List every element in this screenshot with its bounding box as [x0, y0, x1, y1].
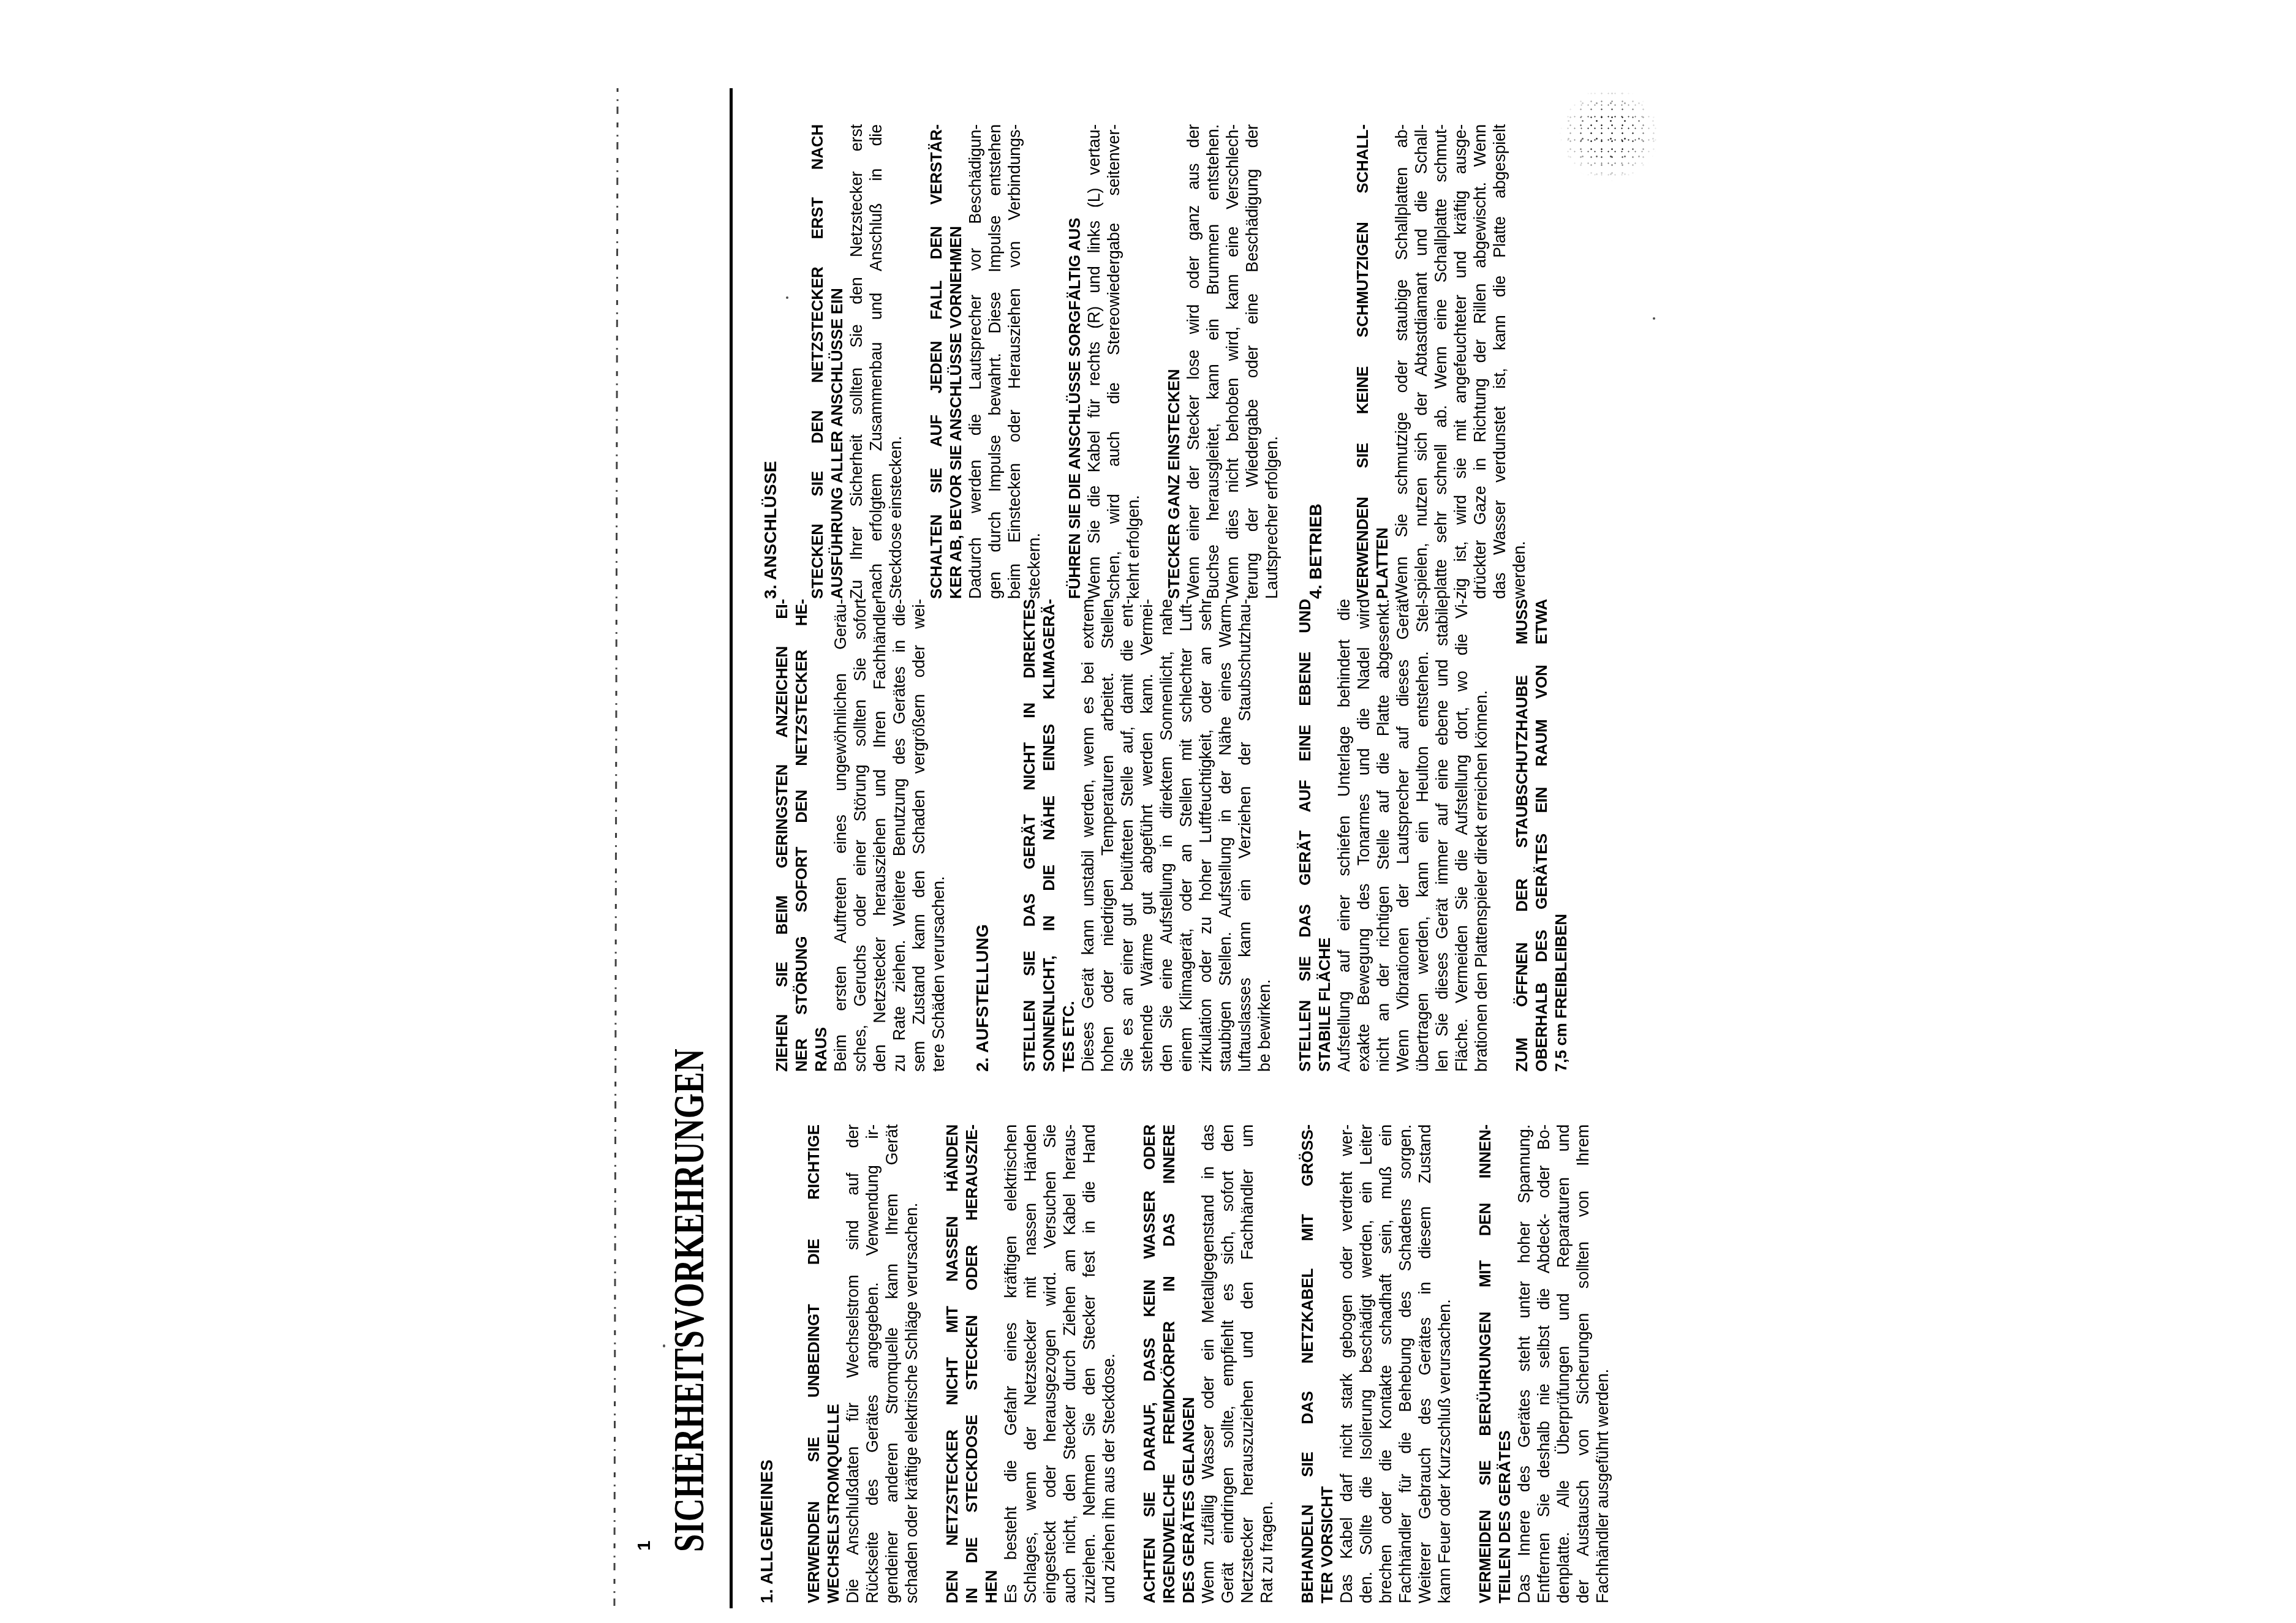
- text-line: WECHSELSTROMQUELLE: [823, 1124, 843, 1603]
- text-line: luftauslasses kann ein Verziehen der Sta…: [1235, 599, 1255, 1072]
- paragraph: Wenn Sie schmutzige oder staubige Schall…: [1392, 124, 1529, 599]
- text-line: übertragen werden, kann ein Heulton ents…: [1413, 599, 1432, 1072]
- text-line: STECKER GANZ EINSTECKEN: [1164, 124, 1184, 599]
- text-line: Dieses Gerät kann unstabil werden, wenn …: [1078, 599, 1098, 1072]
- scan-artifact-speck: [1653, 317, 1655, 320]
- text-line: be bewirken.: [1255, 599, 1274, 1072]
- text-line: STABILE FLÄCHE: [1315, 599, 1334, 1072]
- text-line: Sie es an einer gut belüfteten Stelle au…: [1117, 599, 1137, 1072]
- text-line: DEN NETZSTECKER NICHT MIT NASSEN HÄNDEN: [942, 1124, 962, 1603]
- paragraph: Es besteht die Gefahr eines kräftigen el…: [1001, 1124, 1119, 1603]
- text-line: 3. ANSCHLÜSSE: [761, 124, 780, 599]
- text-line: Wenn zufällig Wasser oder ein Metallgege…: [1198, 1124, 1218, 1603]
- text-line: 2. AUFSTELLUNG: [973, 599, 992, 1072]
- text-line: den Sie eine Aufstellung in direktem Son…: [1157, 599, 1176, 1072]
- text-line: Aufstellung auf einer schiefen Unterlage…: [1334, 599, 1354, 1072]
- text-line: gendeiner anderen Stromquelle kann Ihrem…: [882, 1124, 902, 1603]
- text-line: kann Feuer oder Kurzschluß verursachen.: [1435, 1124, 1454, 1603]
- text-line: Entfernen Sie deshalb nie selbst die Abd…: [1534, 1124, 1554, 1603]
- paragraph: Die Anschlußdaten für Wechselstrom sind …: [843, 1124, 921, 1603]
- text-line: Fachhändler ausgeführt werden.: [1593, 1124, 1612, 1603]
- text-line: Beim ersten Auftreten eines ungewöhnlich…: [831, 599, 850, 1072]
- column-2: ZIEHEN SIE BEIM GERINGSTEN ANZEICHEN EI-…: [751, 599, 1571, 1072]
- text-line: spielen, nutzen sich der Abtastdiamant u…: [1411, 124, 1431, 599]
- text-line: der Austausch von Sicherungen sollten vo…: [1573, 1124, 1593, 1603]
- text-line: Das Kabel darf nicht stark gebogen oder …: [1337, 1124, 1356, 1603]
- text-line: FÜHREN SIE DIE ANSCHLÜSSE SORGFÄLTIG AUS: [1065, 124, 1084, 599]
- text-line: DES GERÄTES GELANGEN: [1179, 1124, 1198, 1603]
- text-line: sches, Geruchs oder einer Störung sollte…: [850, 599, 870, 1072]
- text-line: terung der Wiedergabe oder eine Beschädi…: [1242, 124, 1262, 599]
- sub-heading: ACHTEN SIE DARAUF, DASS KEIN WASSER ODER…: [1139, 1124, 1198, 1603]
- text-line: VERMEIDEN SIE BERÜHRUNGEN MIT DEN INNEN-: [1475, 1124, 1495, 1603]
- text-line: steckern.: [1024, 124, 1044, 599]
- text-line: VERWENDEN SIE KEINE SCHMUTZIGEN SCHALL-: [1353, 124, 1372, 599]
- sub-heading: STECKER GANZ EINSTECKEN: [1164, 124, 1184, 599]
- text-line: TEILEN DES GERÄTES: [1495, 1124, 1514, 1603]
- text-line: IN DIE STECKDOSE STECKEN ODER HERAUSZIE-: [962, 1124, 981, 1603]
- paragraph: Wenn einer der Stecker lose wird oder ga…: [1184, 124, 1282, 599]
- section-heading: 1. ALLGEMEINES: [757, 1124, 777, 1603]
- text-line: KER AB, BEVOR SIE ANSCHLÜSSE VORNEHMEN: [946, 124, 965, 599]
- page-number: 1: [635, 1540, 654, 1551]
- sub-heading: STELLEN SIE DAS GERÄT AUF EINE EBENE UND…: [1295, 599, 1334, 1072]
- text-line: drückter Gaze in Richtung der Rillen abg…: [1470, 124, 1490, 599]
- scan-artifact-smudge: [1555, 84, 1676, 185]
- text-line: schen, wird auch die Stereowiedergabe se…: [1104, 124, 1123, 599]
- scan-artifact-speck: [672, 1467, 674, 1470]
- text-line: SCHALTEN SIE AUF JEDEN FALL DEN VERSTÄR-: [926, 124, 946, 599]
- text-line: 1. ALLGEMEINES: [757, 1124, 777, 1603]
- text-line: ACHTEN SIE DARAUF, DASS KEIN WASSER ODER: [1139, 1124, 1159, 1603]
- text-line: nicht an der richtigen Stelle auf die Pl…: [1373, 599, 1393, 1072]
- page-title: SICHERHEITSVORKEHRUNGEN: [668, 1049, 712, 1552]
- paragraph: Dadurch werden die Lautsprecher vor Besc…: [965, 124, 1044, 599]
- text-line: STELLEN SIE DAS GERÄT AUF EINE EBENE UND: [1295, 599, 1315, 1072]
- text-line: zirkulation oder zu hoher Luftfeuchtigke…: [1196, 599, 1215, 1072]
- sub-heading: BEHANDELN SIE DAS NETZKABEL MIT GRÖSS-TE…: [1297, 1124, 1337, 1603]
- section-heading: 3. ANSCHLÜSSE: [761, 124, 780, 599]
- text-line: Steckdose einstecken.: [886, 124, 905, 599]
- paragraph: Das Innere des Gerätes steht unter hoher…: [1514, 1124, 1612, 1603]
- text-line: Buchse herausgleitet, kann ein Brummen e…: [1203, 124, 1223, 599]
- text-line: einem Klimagerät, oder an Stellen mit sc…: [1176, 599, 1196, 1072]
- text-line: VERWENDEN SIE UNBEDINGT DIE RICHTIGE: [804, 1124, 823, 1603]
- scan-artifact-dashed-line: [613, 88, 618, 1606]
- text-line: nach erfolgtem Zusammenbau und Anschluß …: [866, 124, 886, 599]
- text-line: auch nicht, den Stecker durch Ziehen am …: [1060, 1124, 1079, 1603]
- section-heading: 4. BETRIEB: [1306, 124, 1326, 599]
- text-line: zu Rate ziehen. Weitere Benutzung des Ge…: [889, 599, 909, 1072]
- text-line: sem Zustand kann den Schaden vergrößern …: [909, 599, 929, 1072]
- text-line: gen durch Impulse bewahrt. Diese Impulse…: [985, 124, 1005, 599]
- column-3: 3. ANSCHLÜSSESTECKEN SIE DEN NETZSTECKER…: [761, 124, 1529, 599]
- text-line: Fläche. Vermeiden Sie die Aufstellung do…: [1452, 599, 1471, 1072]
- text-line: RAUS: [811, 599, 831, 1072]
- text-line: brechen oder die Kontakte schadhaft sein…: [1376, 1124, 1395, 1603]
- text-line: beim Einstecken oder Herausziehen von Ve…: [1005, 124, 1024, 599]
- text-line: STECKEN SIE DEN NETZSTECKER ERST NACH: [807, 124, 827, 599]
- sub-heading: ZIEHEN SIE BEIM GERINGSTEN ANZEICHEN EI-…: [772, 599, 831, 1072]
- text-line: Wenn Sie die Kabel für rechts (R) und li…: [1084, 124, 1104, 599]
- text-line: Fachhändler für die Behebung des Schaden…: [1395, 1124, 1415, 1603]
- text-line: Wenn dies nicht behoben wird, kann eine …: [1223, 124, 1242, 599]
- text-line: PLATTEN: [1372, 124, 1392, 599]
- text-line: 4. BETRIEB: [1306, 124, 1326, 599]
- paragraph: Beim ersten Auftreten eines ungewöhnlich…: [831, 599, 948, 1072]
- text-line: Rückseite des Gerätes angegeben. Verwend…: [863, 1124, 882, 1603]
- scan-artifact-speck: [663, 1344, 665, 1347]
- text-line: eingesteckt oder herausgezogen wird. Ver…: [1040, 1124, 1060, 1603]
- text-line: Die Anschlußdaten für Wechselstrom sind …: [843, 1124, 863, 1603]
- text-line: TES ETC.: [1059, 599, 1078, 1072]
- scan-artifact-speck: [786, 296, 788, 299]
- text-line: Wenn Sie schmutzige oder staubige Schall…: [1392, 124, 1411, 599]
- text-line: IRGENDWELCHE FREMDKÖRPER IN DAS INNERE: [1159, 1124, 1179, 1603]
- sub-heading: VERWENDEN SIE KEINE SCHMUTZIGEN SCHALL-P…: [1353, 124, 1392, 599]
- paragraph: Dieses Gerät kann unstabil werden, wenn …: [1078, 599, 1274, 1072]
- document-page: 1 SICHERHEITSVORKEHRUNGEN 1. ALLGEMEINES…: [0, 0, 2296, 1623]
- text-line: stehende Wärme gut abgeführt werden kann…: [1137, 599, 1157, 1072]
- paragraph: Das Kabel darf nicht stark gebogen oder …: [1337, 1124, 1454, 1603]
- text-line: 7,5 cm FREIBLEIBEN: [1551, 599, 1571, 1072]
- sub-heading: DEN NETZSTECKER NICHT MIT NASSEN HÄNDENI…: [942, 1124, 1001, 1603]
- sub-heading: VERWENDEN SIE UNBEDINGT DIE RICHTIGEWECH…: [804, 1124, 843, 1603]
- text-line: AUSFÜHRUNG ALLER ANSCHLÜSSE EIN: [827, 124, 847, 599]
- text-line: den Netzstecker herausziehen und Ihren F…: [870, 599, 889, 1072]
- sub-heading: ZUM ÖFFNEN DER STAUBSCHUTZHAUBE MUSSOBER…: [1512, 599, 1571, 1072]
- text-line: zuziehen. Nehmen Sie den Stecker fest in…: [1079, 1124, 1099, 1603]
- text-line: und ziehen ihn aus der Steckdose.: [1099, 1124, 1119, 1603]
- sub-heading: FÜHREN SIE DIE ANSCHLÜSSE SORGFÄLTIG AUS: [1065, 124, 1084, 599]
- text-line: TER VORSICHT: [1317, 1124, 1337, 1603]
- text-line: Rat zu fragen.: [1257, 1124, 1277, 1603]
- text-line: werden.: [1509, 124, 1529, 599]
- sub-heading: STELLEN SIE DAS GERÄT NICHT IN DIREKTESS…: [1019, 599, 1078, 1072]
- text-line: Wenn einer der Stecker lose wird oder ga…: [1184, 124, 1203, 599]
- text-line: len Sie dieses Gerät immer auf eine eben…: [1432, 599, 1452, 1072]
- text-line: Wenn Vibrationen der Lautsprecher auf di…: [1393, 599, 1413, 1072]
- text-line: BEHANDELN SIE DAS NETZKABEL MIT GRÖSS-: [1297, 1124, 1317, 1603]
- text-line: brationen den Plattenspieler direkt erre…: [1471, 599, 1491, 1072]
- text-line: den. Sollte die Isolierung beschädigt we…: [1356, 1124, 1376, 1603]
- text-line: kehrt erfolgen.: [1123, 124, 1143, 599]
- text-line: Schlages, wenn der Netzstecker mit nasse…: [1021, 1124, 1040, 1603]
- text-line: exakte Bewegung des Tonarmes und die Nad…: [1354, 599, 1373, 1072]
- text-line: Netzstecker herauszuziehen und den Fachh…: [1237, 1124, 1257, 1603]
- column-1: 1. ALLGEMEINESVERWENDEN SIE UNBEDINGT DI…: [757, 1124, 1612, 1603]
- text-line: das Wasser verdunstet ist, kann die Plat…: [1490, 124, 1509, 599]
- text-line: Weiterer Gebrauch des Gerätes in diesem …: [1415, 1124, 1435, 1603]
- sub-heading: VERMEIDEN SIE BERÜHRUNGEN MIT DEN INNEN-…: [1475, 1124, 1514, 1603]
- text-line: Es besteht die Gefahr eines kräftigen el…: [1001, 1124, 1021, 1603]
- text-line: denplatte. Alle Überprüfungen und Repara…: [1554, 1124, 1573, 1603]
- paragraph: Zu Ihrer Sicherheit sollten Sie den Netz…: [847, 124, 905, 599]
- text-line: SONNENLICHT, IN DIE NÄHE EINES KLIMAGERÄ…: [1039, 599, 1059, 1072]
- paragraph: Aufstellung auf einer schiefen Unterlage…: [1334, 599, 1491, 1072]
- text-line: STELLEN SIE DAS GERÄT NICHT IN DIREKTES: [1019, 599, 1039, 1072]
- title-rule: [730, 88, 733, 1608]
- text-line: hohen oder niedrigen Temperaturen arbeit…: [1098, 599, 1117, 1072]
- text-line: Zu Ihrer Sicherheit sollten Sie den Netz…: [847, 124, 866, 599]
- text-line: Lautsprecher erfolgen.: [1262, 124, 1282, 599]
- paragraph: Wenn Sie die Kabel für rechts (R) und li…: [1084, 124, 1143, 599]
- text-line: Das Innere des Gerätes steht unter hoher…: [1514, 1124, 1534, 1603]
- text-line: OBERHALB DES GERÄTES EIN RAUM VON ETWA: [1531, 599, 1551, 1072]
- text-line: zig ist, wird sie mit angefeuchteter und…: [1451, 124, 1470, 599]
- section-heading: 2. AUFSTELLUNG: [973, 599, 992, 1072]
- sub-heading: SCHALTEN SIE AUF JEDEN FALL DEN VERSTÄR-…: [926, 124, 965, 599]
- sub-heading: STECKEN SIE DEN NETZSTECKER ERST NACHAUS…: [807, 124, 847, 599]
- text-line: tere Schäden verursachen.: [929, 599, 948, 1072]
- text-line: Gerät eindringen sollte, empfiehlt es si…: [1218, 1124, 1237, 1603]
- text-line: NER STÖRUNG SOFORT DEN NETZSTECKER HE-: [791, 599, 811, 1072]
- text-line: Dadurch werden die Lautsprecher vor Besc…: [965, 124, 985, 599]
- text-line: HEN: [981, 1124, 1001, 1603]
- text-line: ZUM ÖFFNEN DER STAUBSCHUTZHAUBE MUSS: [1512, 599, 1531, 1072]
- text-line: staubigen Stellen. Aufstellung in der Nä…: [1215, 599, 1235, 1072]
- text-line: platte sehr schnell ab. Wenn eine Schall…: [1431, 124, 1451, 599]
- text-line: ZIEHEN SIE BEIM GERINGSTEN ANZEICHEN EI-: [772, 599, 791, 1072]
- text-line: schaden oder kräftige elektrische Schläg…: [902, 1124, 921, 1603]
- paragraph: Wenn zufällig Wasser oder ein Metallgege…: [1198, 1124, 1277, 1603]
